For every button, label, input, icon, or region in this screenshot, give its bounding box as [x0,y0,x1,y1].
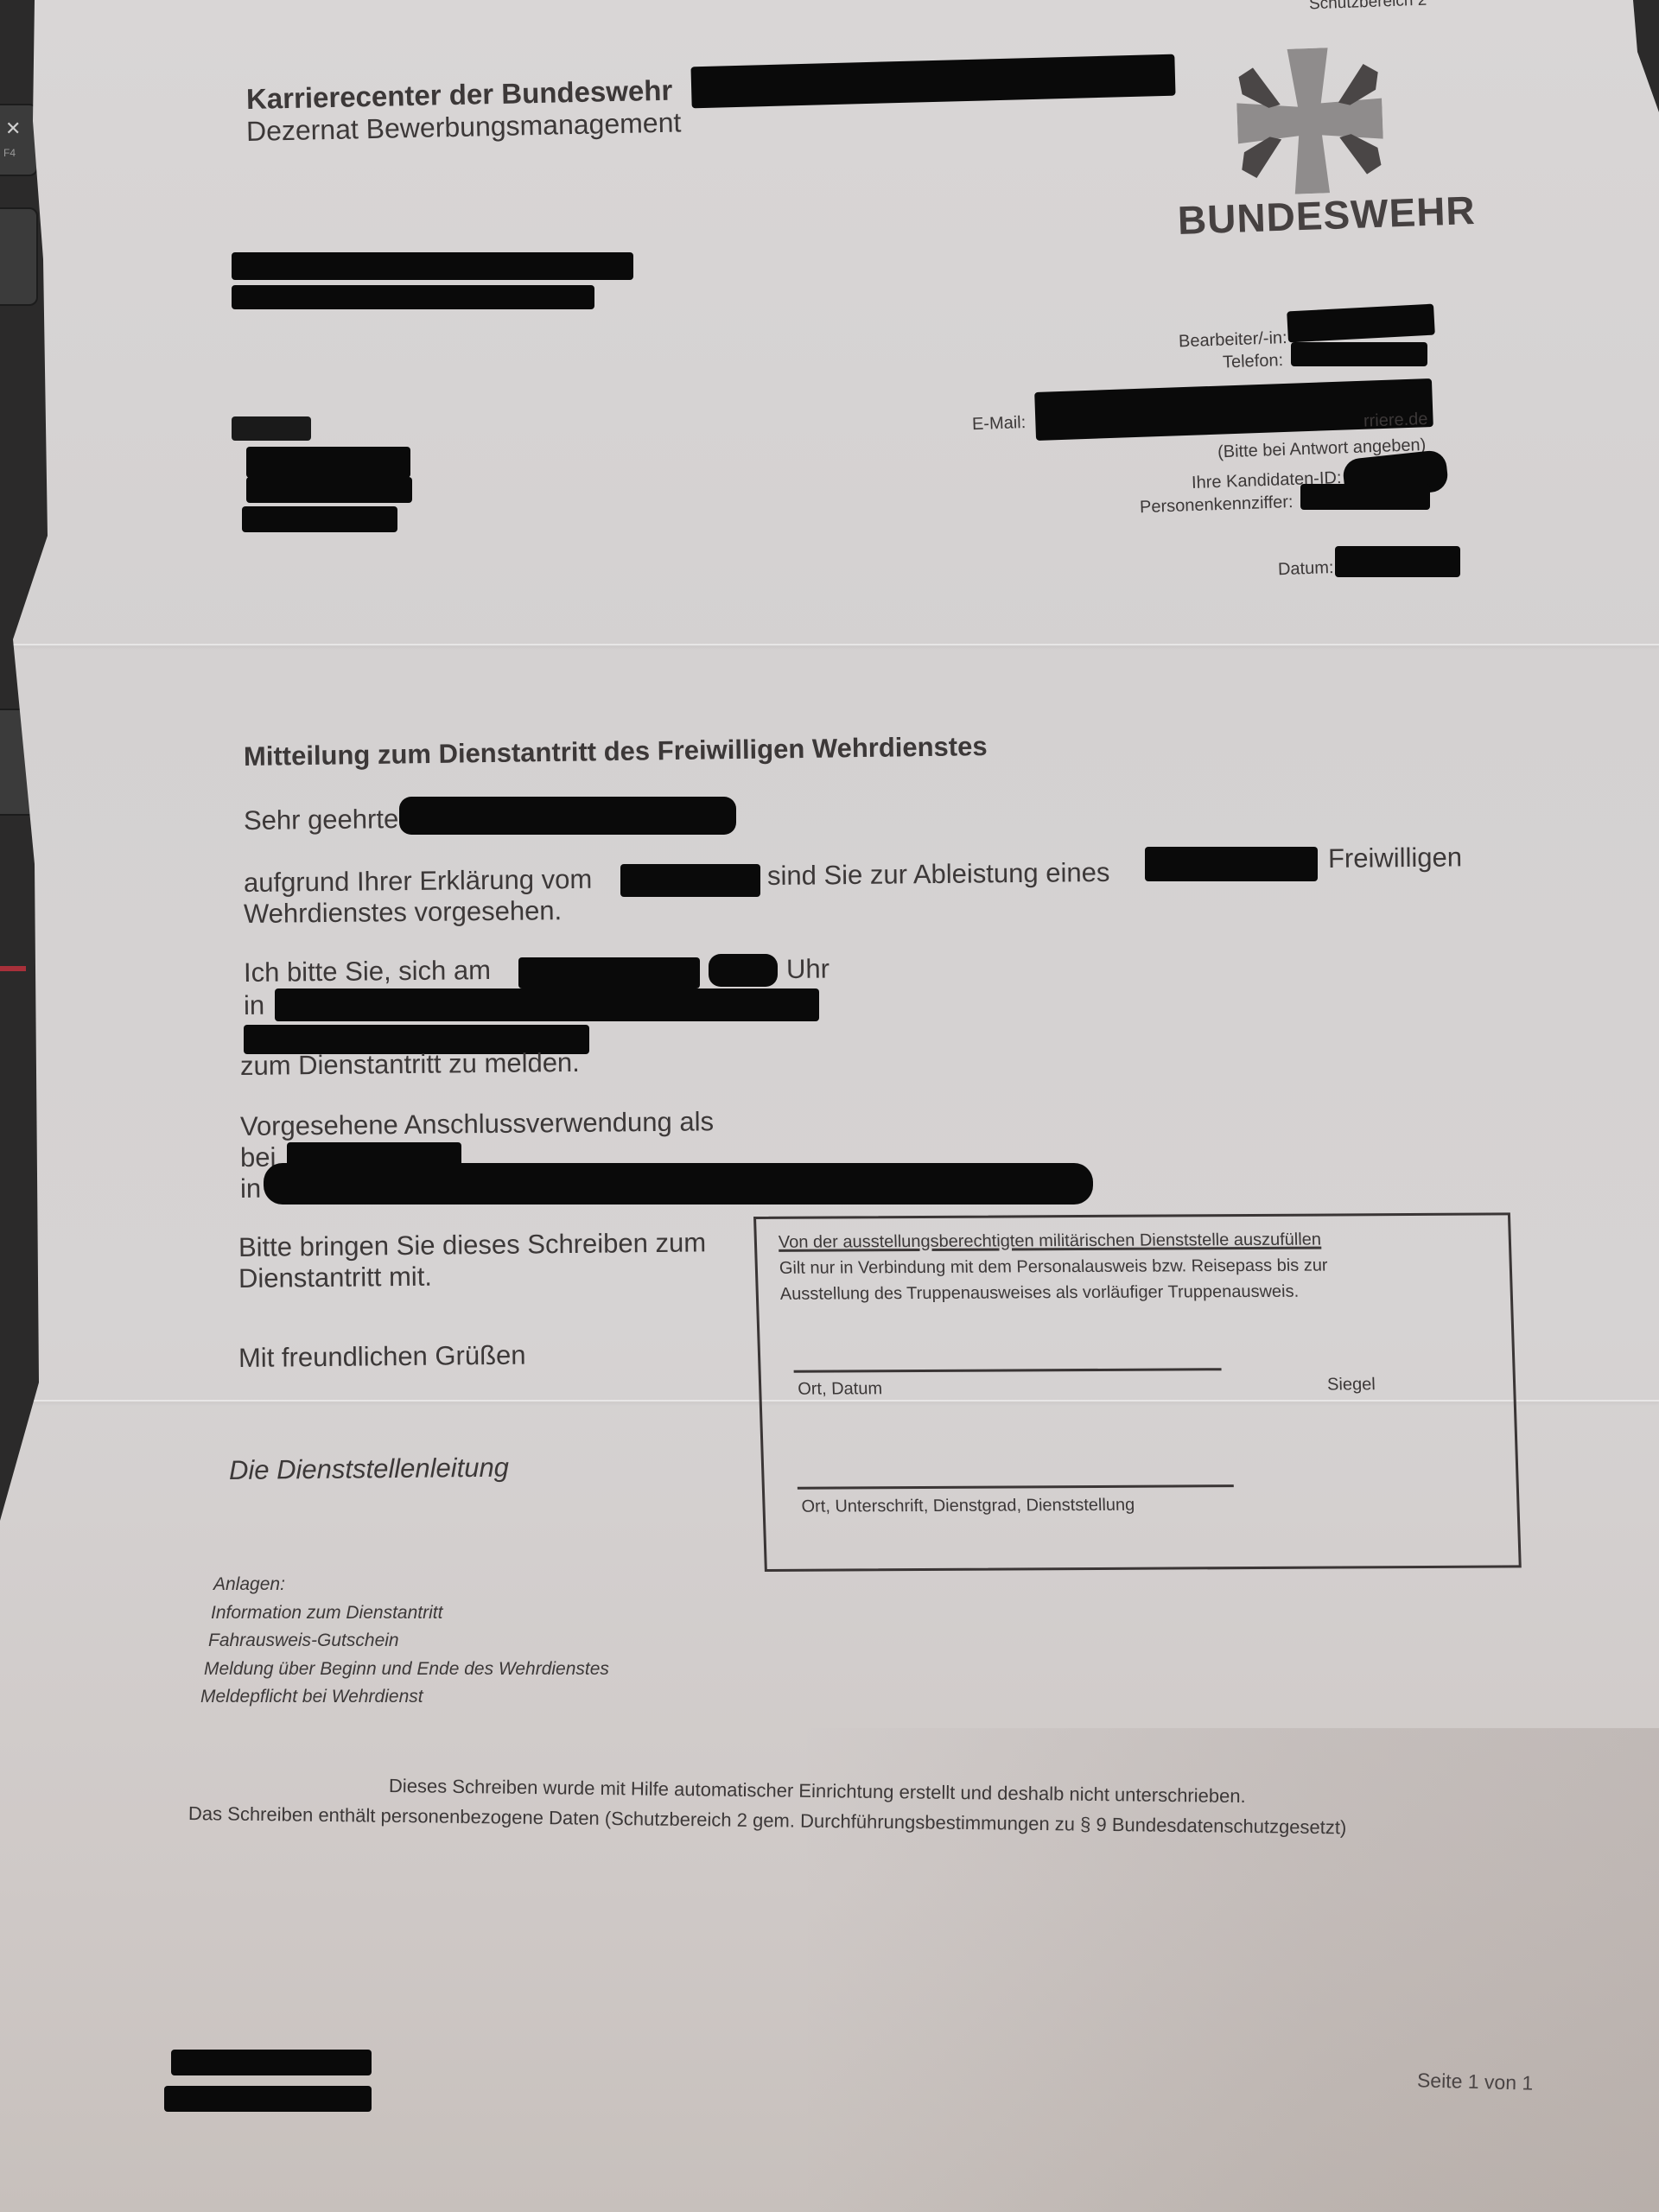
paragraph-2-end: zum Dienstantritt zu melden. [240,1047,580,1082]
key-label: F4 [3,147,16,159]
redaction [242,506,397,532]
date-label: Datum: [1277,558,1333,580]
attachment-item: Meldepflicht bei Wehrdienst [200,1687,423,1707]
redaction [1291,342,1427,366]
bundeswehr-cross-icon [1235,46,1385,196]
form-heading: Von der ausstellungsberechtigten militär… [779,1230,1322,1253]
redaction [1145,847,1318,881]
form-line-2: Ausstellung des Truppenausweises als vor… [779,1282,1299,1305]
email-suffix: rriere.de [1363,410,1427,432]
redaction [164,2086,372,2112]
letter-paper: Schutzbereich 2 Karrierecenter der Bunde… [0,0,1659,2212]
classification-label: Schutzbereich 2 [1309,0,1427,14]
redaction [232,252,633,280]
redaction [709,954,778,987]
redaction [1287,304,1435,343]
attachments-label: Anlagen: [213,1574,285,1595]
signature-line [798,1484,1234,1490]
paragraph-4-end: Dienstantritt mit. [238,1262,432,1294]
id-validation-box: Von der ausstellungsberechtigten militär… [753,1212,1522,1572]
paragraph-3: Vorgesehene Anschlussverwendung als [240,1106,714,1142]
attachment-item: Meldung über Beginn und Ende des Wehrdie… [204,1659,609,1680]
personnel-number-label: Personenkennziffer: [1140,493,1294,518]
laptop-red-strip [0,966,26,971]
phone-label: Telefon: [1223,351,1284,372]
redaction [620,864,760,897]
redaction [246,477,412,503]
bundeswehr-wordmark: BUNDESWEHR [1177,187,1476,244]
redaction [1300,484,1430,510]
place-date-line [794,1368,1222,1373]
keyboard-key: ✕ F4 [0,104,38,176]
page-number: Seite 1 von 1 [1417,2069,1534,2095]
redaction [264,1163,1093,1205]
paragraph-1-cont: sind Sie zur Ableistung eines [767,857,1110,892]
paragraph-2: Ich bitte Sie, sich am [244,955,491,988]
paragraph-1: aufgrund Ihrer Erklärung vom [244,864,593,899]
letter-subject: Mitteilung zum Dienstantritt des Freiwil… [244,731,988,772]
paragraph-1-cont: Freiwilligen [1328,842,1462,874]
closing: Mit freundlichen Grüßen [238,1340,526,1374]
signature-label: Ort, Unterschrift, Dienstgrad, Dienstste… [801,1496,1135,1517]
keyboard-key [0,207,38,306]
redaction [171,2050,372,2075]
signature: Die Dienststellenleitung [229,1452,509,1486]
redaction [232,416,311,441]
redaction [246,447,410,478]
email-label: E-Mail: [971,413,1026,435]
salutation: Sehr geehrte [244,804,399,836]
place-date-label: Ort, Datum [798,1379,883,1400]
redaction [275,988,819,1021]
attachment-item: Information zum Dienstantritt [211,1603,442,1624]
paragraph-4: Bitte bringen Sie dieses Schreiben zum [238,1227,706,1263]
paragraph-2-in: in [244,990,265,1021]
redaction [399,797,736,835]
clerk-label: Bearbeiter/-in: [1179,328,1287,352]
redaction [1335,546,1460,577]
seal-label: Siegel [1327,1375,1376,1395]
form-line-1: Gilt nur in Verbindung mit dem Personala… [779,1256,1328,1279]
paragraph-1-end: Wehrdienstes vorgesehen. [244,895,563,930]
close-icon: ✕ [5,118,21,140]
redaction [690,54,1175,109]
attachment-item: Fahrausweis-Gutschein [208,1630,399,1651]
redaction [518,957,700,988]
paragraph-2-time-unit: Uhr [786,953,829,985]
paragraph-3-in: in [240,1173,262,1205]
paper-fold [0,644,1659,645]
redaction [232,285,594,309]
